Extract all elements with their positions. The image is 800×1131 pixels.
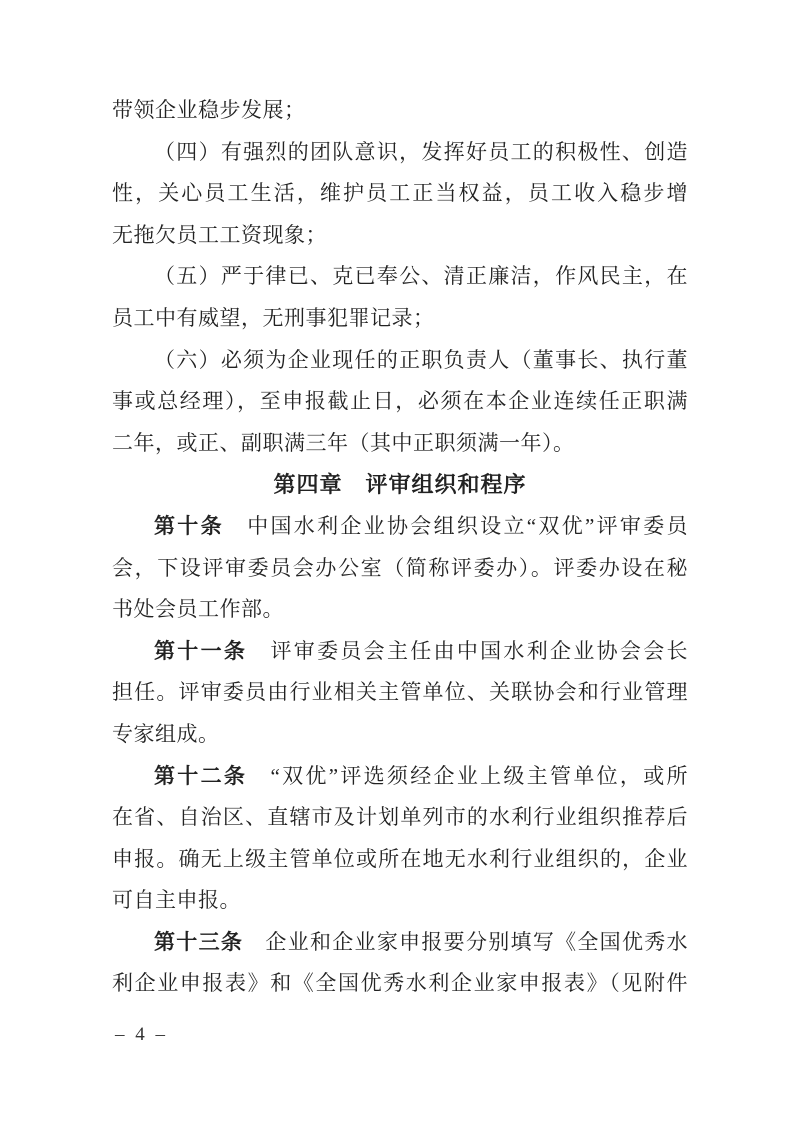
- page-number: – 4 –: [115, 1022, 168, 1048]
- article-number: 第十二条: [154, 764, 247, 788]
- text-line: 申报。确无上级主管单位或所在地无水利行业组织的，企业: [112, 839, 688, 881]
- document-page: 带领企业稳步发展； （四）有强烈的团队意识，发挥好员工的积极性、创造 性，关心员…: [0, 0, 800, 1131]
- article-lead-line: 第十三条 企业和企业家申报要分别填写《全国优秀水: [112, 922, 688, 964]
- article-lead-line: 第十一条 评审委员会主任由中国水利企业协会会长: [112, 631, 688, 673]
- text-line: 员工中有威望，无刑事犯罪记录；: [112, 298, 688, 340]
- text-line: （五）严于律已、克已奉公、清正廉洁，作风民主，在: [112, 256, 688, 298]
- chapter-heading: 第四章 评审组织和程序: [112, 464, 688, 506]
- text-line: 专家组成。: [112, 714, 688, 756]
- text-line: （六）必须为企业现任的正职负责人（董事长、执行董: [112, 340, 688, 382]
- text-line: 性，关心员工生活，维护员工正当权益，员工收入稳步增长，: [112, 173, 688, 215]
- article-lead-line: 第十条 中国水利企业协会组织设立“双优”评审委员: [112, 506, 688, 548]
- text-line: 事或总经理），至申报截止日，必须在本企业连续任正职满: [112, 381, 688, 423]
- text-line: 担任。评审委员由行业相关主管单位、关联协会和行业管理: [112, 672, 688, 714]
- text-line: 可自主申报。: [112, 880, 688, 922]
- text-line: 会，下设评审委员会办公室（简称评委办）。评委办设在秘: [112, 548, 688, 590]
- text-line: 无拖欠员工工资现象；: [112, 215, 688, 257]
- article-text: 企业和企业家申报要分别填写《全国优秀水: [243, 930, 688, 954]
- document-body: 带领企业稳步发展； （四）有强烈的团队意识，发挥好员工的积极性、创造 性，关心员…: [112, 90, 688, 1005]
- article-number: 第十条: [154, 514, 224, 538]
- text-line: 带领企业稳步发展；: [112, 90, 688, 132]
- text-line: 在省、自治区、直辖市及计划单列市的水利行业组织推荐后: [112, 797, 688, 839]
- text-line: 二年，或正、副职满三年（其中正职须满一年）。: [112, 423, 688, 465]
- text-line: 利企业申报表》和《全国优秀水利企业家申报表》（见附件: [112, 963, 688, 1005]
- article-number: 第十三条: [154, 930, 243, 954]
- article-text: “双优”评选须经企业上级主管单位，或所: [247, 764, 688, 788]
- text-line: 书处会员工作部。: [112, 589, 688, 631]
- text-line: （四）有强烈的团队意识，发挥好员工的积极性、创造: [112, 132, 688, 174]
- article-text: 评审委员会主任由中国水利企业协会会长: [247, 639, 688, 663]
- article-number: 第十一条: [154, 639, 247, 663]
- article-lead-line: 第十二条 “双优”评选须经企业上级主管单位，或所: [112, 756, 688, 798]
- article-text: 中国水利企业协会组织设立“双优”评审委员: [224, 514, 688, 538]
